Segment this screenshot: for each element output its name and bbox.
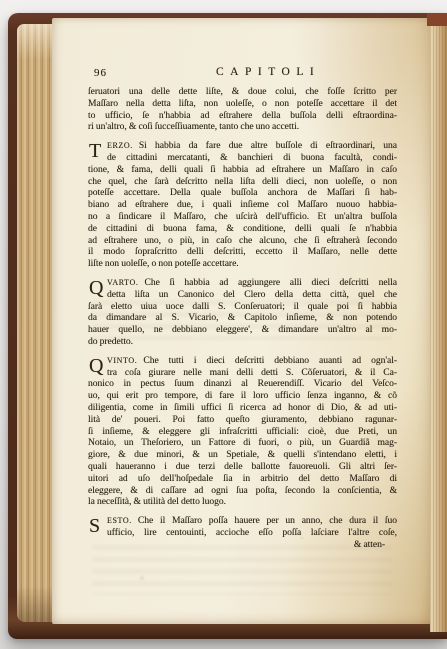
paragraph-terzo: T erzo.Si habbia da fare due altre buſſo… bbox=[88, 140, 397, 270]
text-line: tra coſa giurare nelle mani delli detti … bbox=[88, 367, 397, 379]
text-line: diligentia, come in ſimili uffici ſi ric… bbox=[88, 402, 397, 414]
text-line: eleggere, & di caſſare ad ogni ſua poſta… bbox=[88, 485, 397, 497]
text-line: do predetto. bbox=[88, 336, 397, 348]
text-span: Che tutti i dieci deſcritti debbiano aua… bbox=[143, 355, 397, 366]
text-line: ufficio, lire centouinti, accioche eſſo … bbox=[88, 527, 397, 539]
text-line: il modo ſopraſcritto delli deſcritti, ec… bbox=[88, 246, 397, 258]
text-line: quali haueranno i due terzi delle ballot… bbox=[88, 461, 397, 473]
text-line: de cittadini di buona fama, & conditione… bbox=[88, 223, 397, 235]
text-line: giore, & due minori, & un Spetiale, & qu… bbox=[88, 449, 397, 461]
paragraph-quinto: Q vinto.Che tutti i dieci deſcritti debb… bbox=[88, 355, 397, 508]
text-line: vinto.Che tutti i dieci deſcritti debbia… bbox=[88, 355, 397, 367]
text-line: ad eſtrahere uno, o più, in caſo che alc… bbox=[88, 235, 397, 247]
text-line: che quel, che ſarà deſcritto nella liſta… bbox=[88, 176, 397, 188]
text-line: de cittadini mercatanti, & banchieri di … bbox=[88, 152, 397, 164]
section-word: vinto. bbox=[107, 356, 137, 365]
section-word: varto. bbox=[107, 278, 139, 287]
text-line: Maſſaro nella detta liſta, non uoleſſe, … bbox=[88, 98, 397, 110]
text-span: Che il Maſſaro poſſa hauere per un anno,… bbox=[138, 515, 397, 526]
text-line: detta liſta un Canonico del Clero della … bbox=[88, 289, 397, 301]
text-line: Notaio, un Theſoriero, un Fattore di fuo… bbox=[88, 437, 397, 449]
text-span: Che ſi habbia ad aggiungere alli dieci d… bbox=[145, 277, 398, 288]
text-line: ri un'altro, & coſi ſucceſſiuamente, tan… bbox=[88, 121, 397, 133]
text-line: poteſſe accettare. Della quale buſſola a… bbox=[88, 187, 397, 199]
text-line: biano ad eſtrahere due, i quali inſieme … bbox=[88, 199, 397, 211]
text-line: to ufficio, ſe n'habbia ad eſtrahere del… bbox=[88, 110, 397, 122]
text-line: uo, qui erit pro tempore, di fare il lor… bbox=[88, 390, 397, 402]
text-line: varto.Che ſi habbia ad aggiungere alli d… bbox=[88, 277, 397, 289]
gutter-pages-edge bbox=[430, 22, 447, 632]
drop-cap-t: T bbox=[89, 141, 104, 163]
drop-cap-q: Q bbox=[89, 278, 104, 300]
section-word: erzo. bbox=[107, 141, 133, 150]
paragraph-continuation: ſeruatori una delle dette liſte, & doue … bbox=[88, 86, 397, 133]
text-line: uitori ad uſo dell'hoſpedale ſia in arbi… bbox=[88, 473, 397, 485]
text-line: lità de' poueri. Poi fatto queſto giuram… bbox=[88, 414, 397, 426]
section-word: esto. bbox=[107, 516, 132, 525]
chapter-title: CAPITOLI bbox=[216, 66, 320, 78]
text-line: esto.Che il Maſſaro poſſa hauere per un … bbox=[88, 515, 397, 527]
text-line: ſeruatori una delle dette liſte, & doue … bbox=[88, 86, 397, 98]
drop-cap-q: Q bbox=[89, 356, 104, 378]
page-number: 96 bbox=[94, 67, 107, 79]
text-line: erzo.Si habbia da fare due altre buſſole… bbox=[88, 140, 397, 152]
text-line: no a ſindicare il Maſſaro, che uſcirà de… bbox=[88, 211, 397, 223]
catchword: & atten- bbox=[88, 539, 397, 551]
text-block: 96 CAPITOLI ſeruatori una delle dette li… bbox=[88, 66, 397, 557]
drop-cap-s: S bbox=[89, 516, 104, 538]
running-header: 96 CAPITOLI bbox=[88, 66, 397, 81]
text-line: ſarà eletto uiua uoce dalli S. Conſeruat… bbox=[88, 301, 397, 313]
text-line: liſte non uoleſſe, o non poteſſe accetta… bbox=[88, 258, 397, 270]
text-span: Si habbia da fare due altre buſſole di e… bbox=[139, 140, 397, 151]
text-line: tione, & fama, delli quali ſi habbia ad … bbox=[88, 164, 397, 176]
text-line: la neceſſità, & utilità del detto luogo. bbox=[88, 496, 397, 508]
text-line: da dimandare al S. Vicario, & Capitolo i… bbox=[88, 312, 397, 324]
paragraph-quarto: Q varto.Che ſi habbia ad aggiungere alli… bbox=[88, 277, 397, 348]
cover-top-edge bbox=[427, 13, 447, 26]
book-photo: 96 CAPITOLI ſeruatori una delle dette li… bbox=[0, 0, 447, 649]
text-line: ſi inſieme, & eleggere gli infraſcritti … bbox=[88, 426, 397, 438]
text-line: nonico in pectus ſuum dinanzi al Reueren… bbox=[88, 378, 397, 390]
text-line: hauer quello, ne debbiano eleggere', & d… bbox=[88, 324, 397, 336]
paragraph-sesto: S esto.Che il Maſſaro poſſa hauere per u… bbox=[88, 515, 397, 550]
